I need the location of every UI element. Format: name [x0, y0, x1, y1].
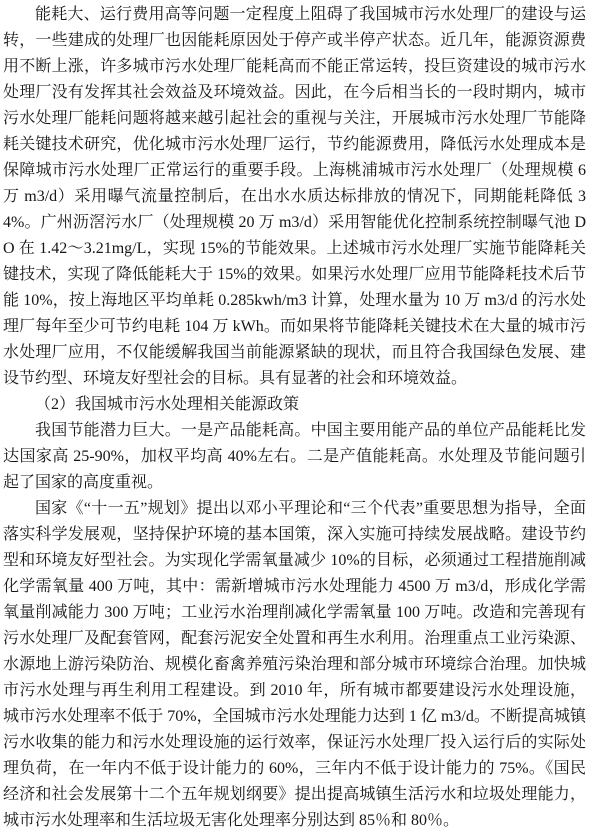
paragraph-energy-saving-potential: 我国节能潜力巨大。一是产品能耗高。中国主要用能产品的单位产品能耗比发达国家高 2… — [3, 418, 586, 496]
paragraph-energy-consumption-problem: 能耗大、运行费用高等问题一定程度上阻碍了我国城市污水处理厂的建设与运转，一些建成… — [3, 2, 586, 392]
paragraph-national-five-year-plan: 国家《“十一五”规划》提出以邓小平理论和“三个代表”重要思想为指导，全面落实科学… — [3, 496, 586, 832]
paragraph-heading-energy-policy: （2）我国城市污水处理相关能源政策 — [3, 392, 586, 418]
document-page: 能耗大、运行费用高等问题一定程度上阻碍了我国城市污水处理厂的建设与运转，一些建成… — [0, 0, 590, 832]
